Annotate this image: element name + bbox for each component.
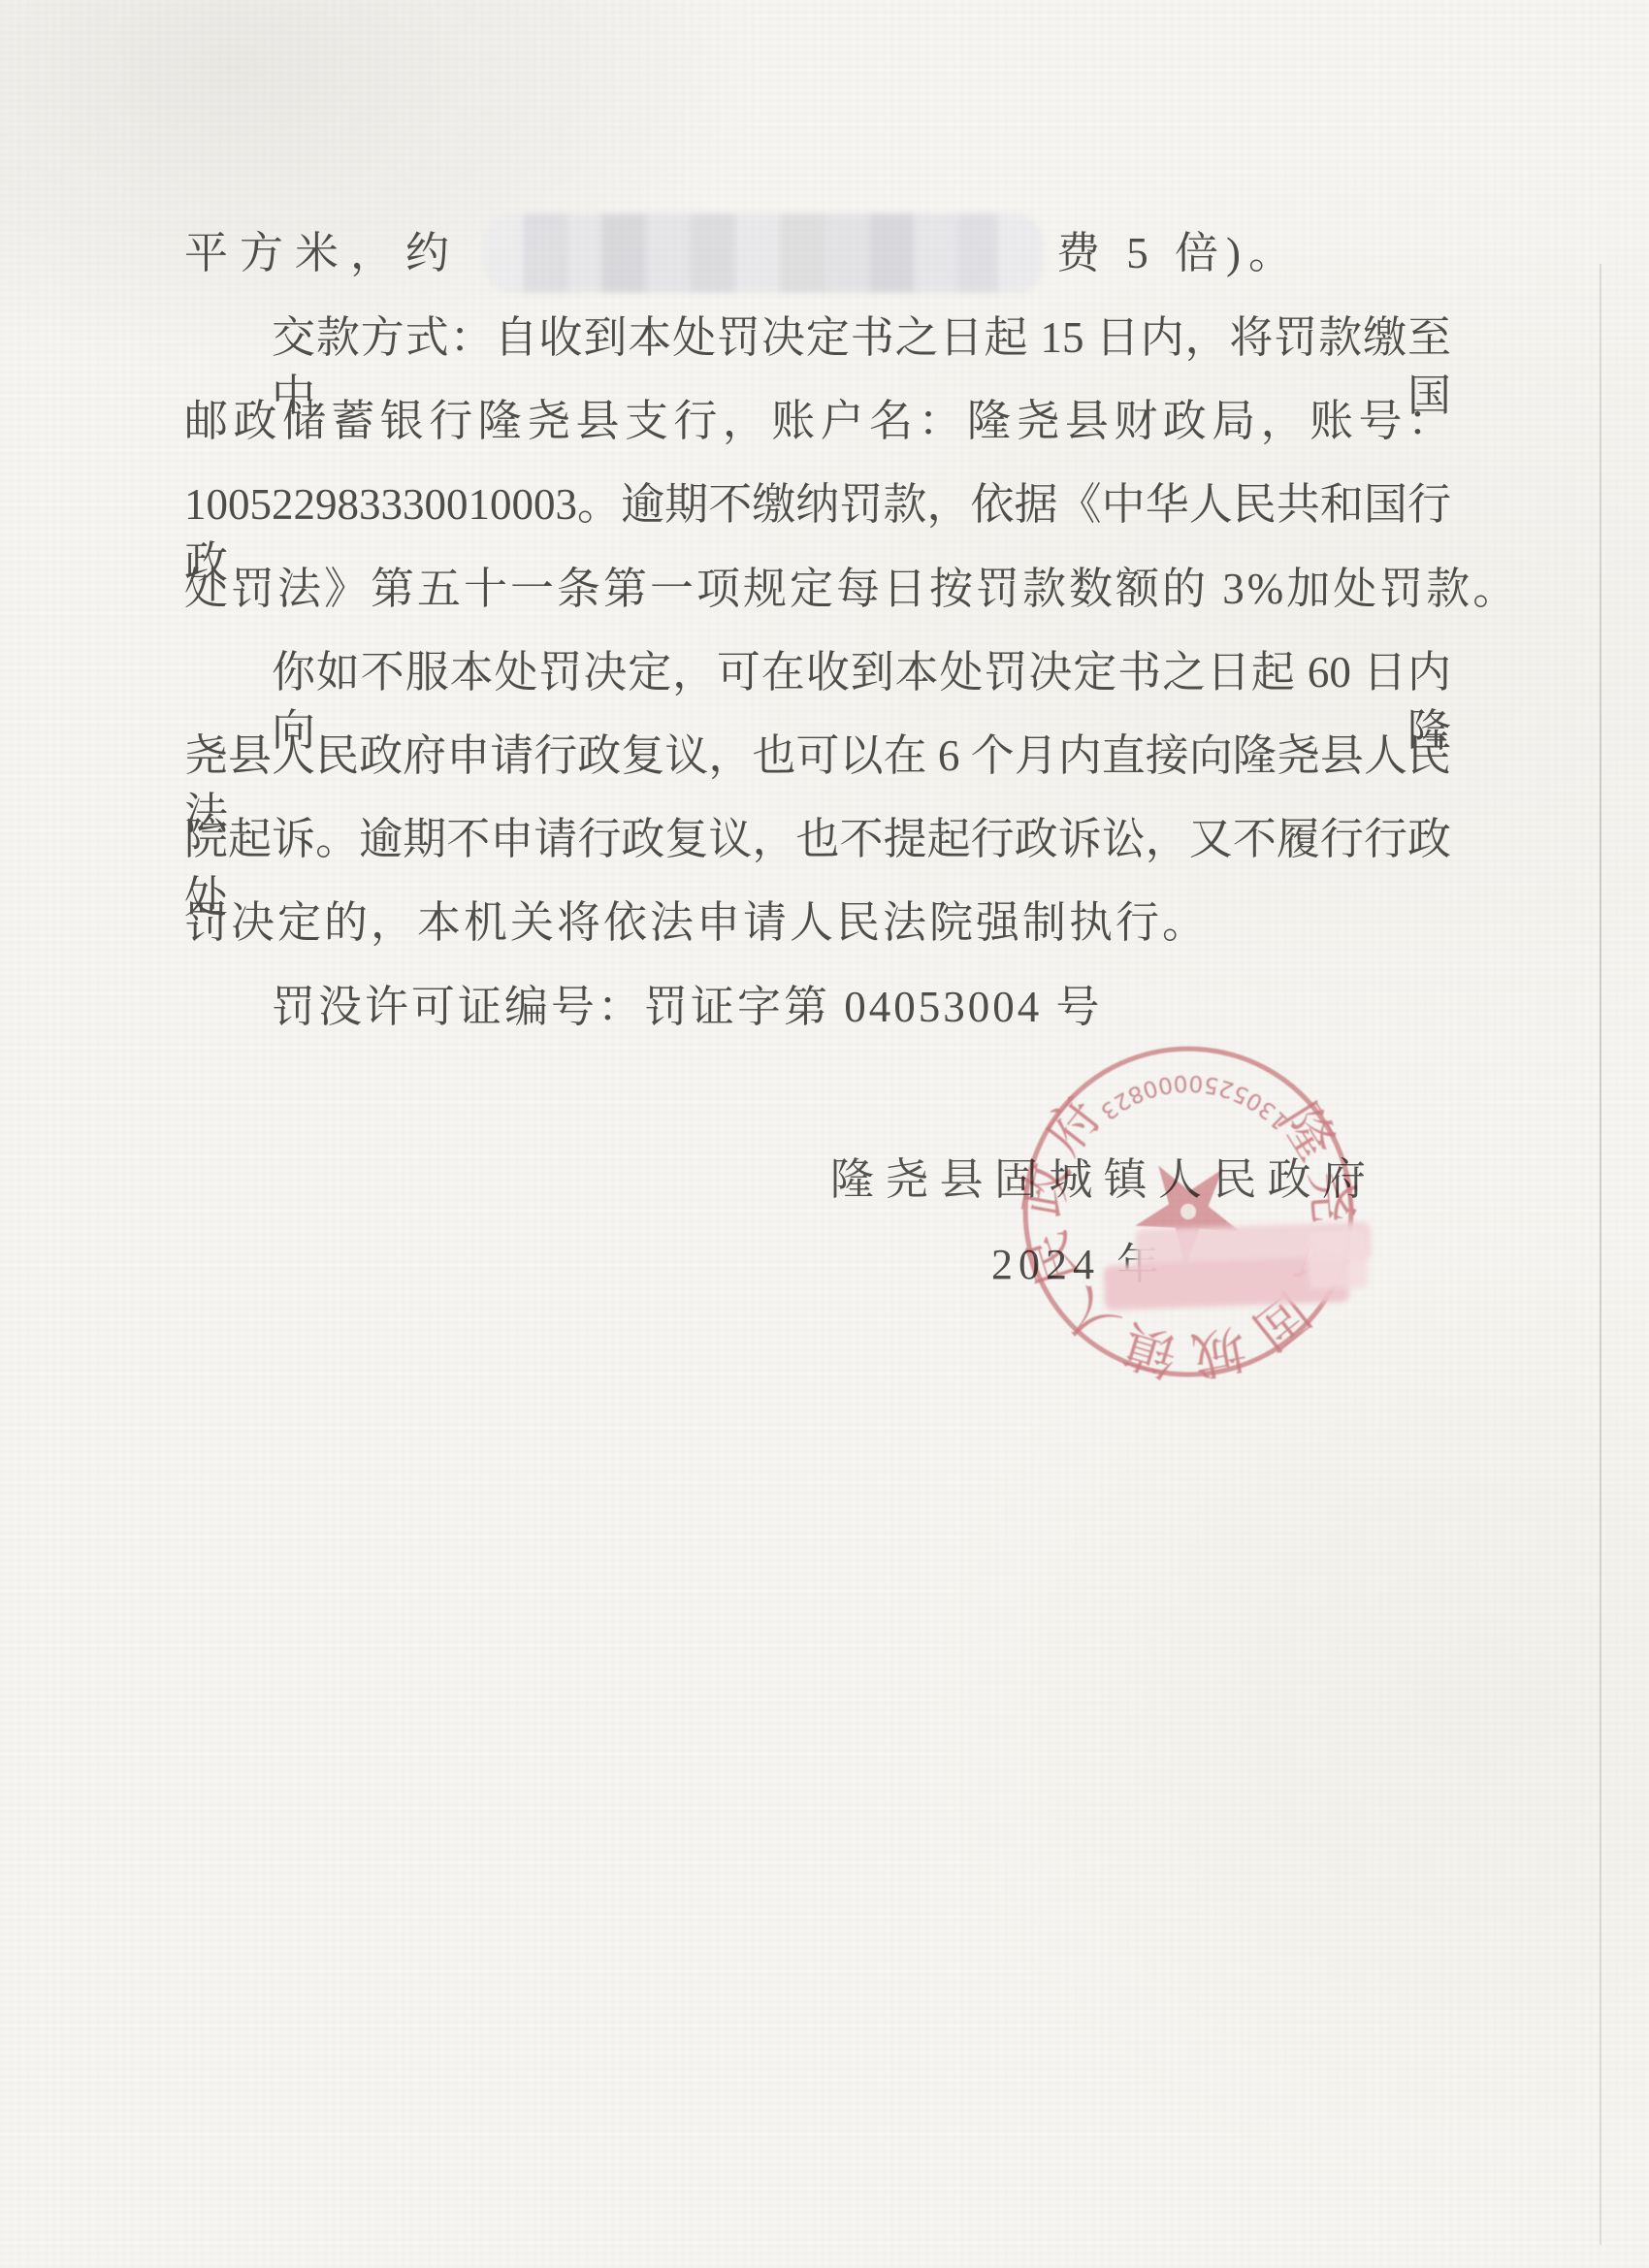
line1-prefix-text: 平方米，约 <box>184 224 461 282</box>
body-line-4: 100522983330010003。逾期不缴纳罚款，依据《中华人民共和国行政 <box>184 475 1451 535</box>
line1-suffix-text: 费 5 倍)。 <box>1056 224 1300 282</box>
seal-serial-number: 1305250000823 <box>1093 1065 1296 1136</box>
body-line-7: 尧县人民政府申请行政复议，也可以在 6 个月内直接向隆尧县人民法 <box>184 727 1451 787</box>
scanned-document-page: 平方米，约 费 5 倍)。 交款方式：自收到本处罚决定书之日起 15 日内，将罚… <box>0 0 1649 2268</box>
pink-redaction-block <box>1102 1219 1373 1322</box>
body-line-3: 邮政储蓄银行隆尧县支行，账户名：隆尧县财政局，账号： <box>184 392 1451 452</box>
body-line-2: 交款方式：自收到本处罚决定书之日起 15 日内，将罚款缴至中国 <box>272 308 1451 369</box>
license-number-line: 罚没许可证编号：罚证字第 04053004 号 <box>272 978 1451 1038</box>
body-line-5: 处罚法》第五十一条第一项规定每日按罚款数额的 3%加处罚款。 <box>184 560 1451 620</box>
body-line-6: 你如不服本处罚决定，可在收到本处罚决定书之日起 60 日内向隆 <box>272 643 1451 703</box>
pink-redaction-stripe <box>1307 1229 1369 1289</box>
gray-redaction-block <box>484 213 1043 293</box>
body-line-8: 院起诉。逾期不申请行政复议，也不提起行政诉讼，又不履行行政处 <box>184 810 1451 870</box>
scan-artifact-line <box>1600 264 1601 2245</box>
body-line-9: 罚决定的，本机关将依法申请人民法院强制执行。 <box>184 893 1451 954</box>
body-line-1: 平方米，约 费 5 倍)。 <box>184 223 1300 283</box>
official-seal: 隆尧县固城镇人民政府 1305250000823 <box>1003 1026 1374 1398</box>
